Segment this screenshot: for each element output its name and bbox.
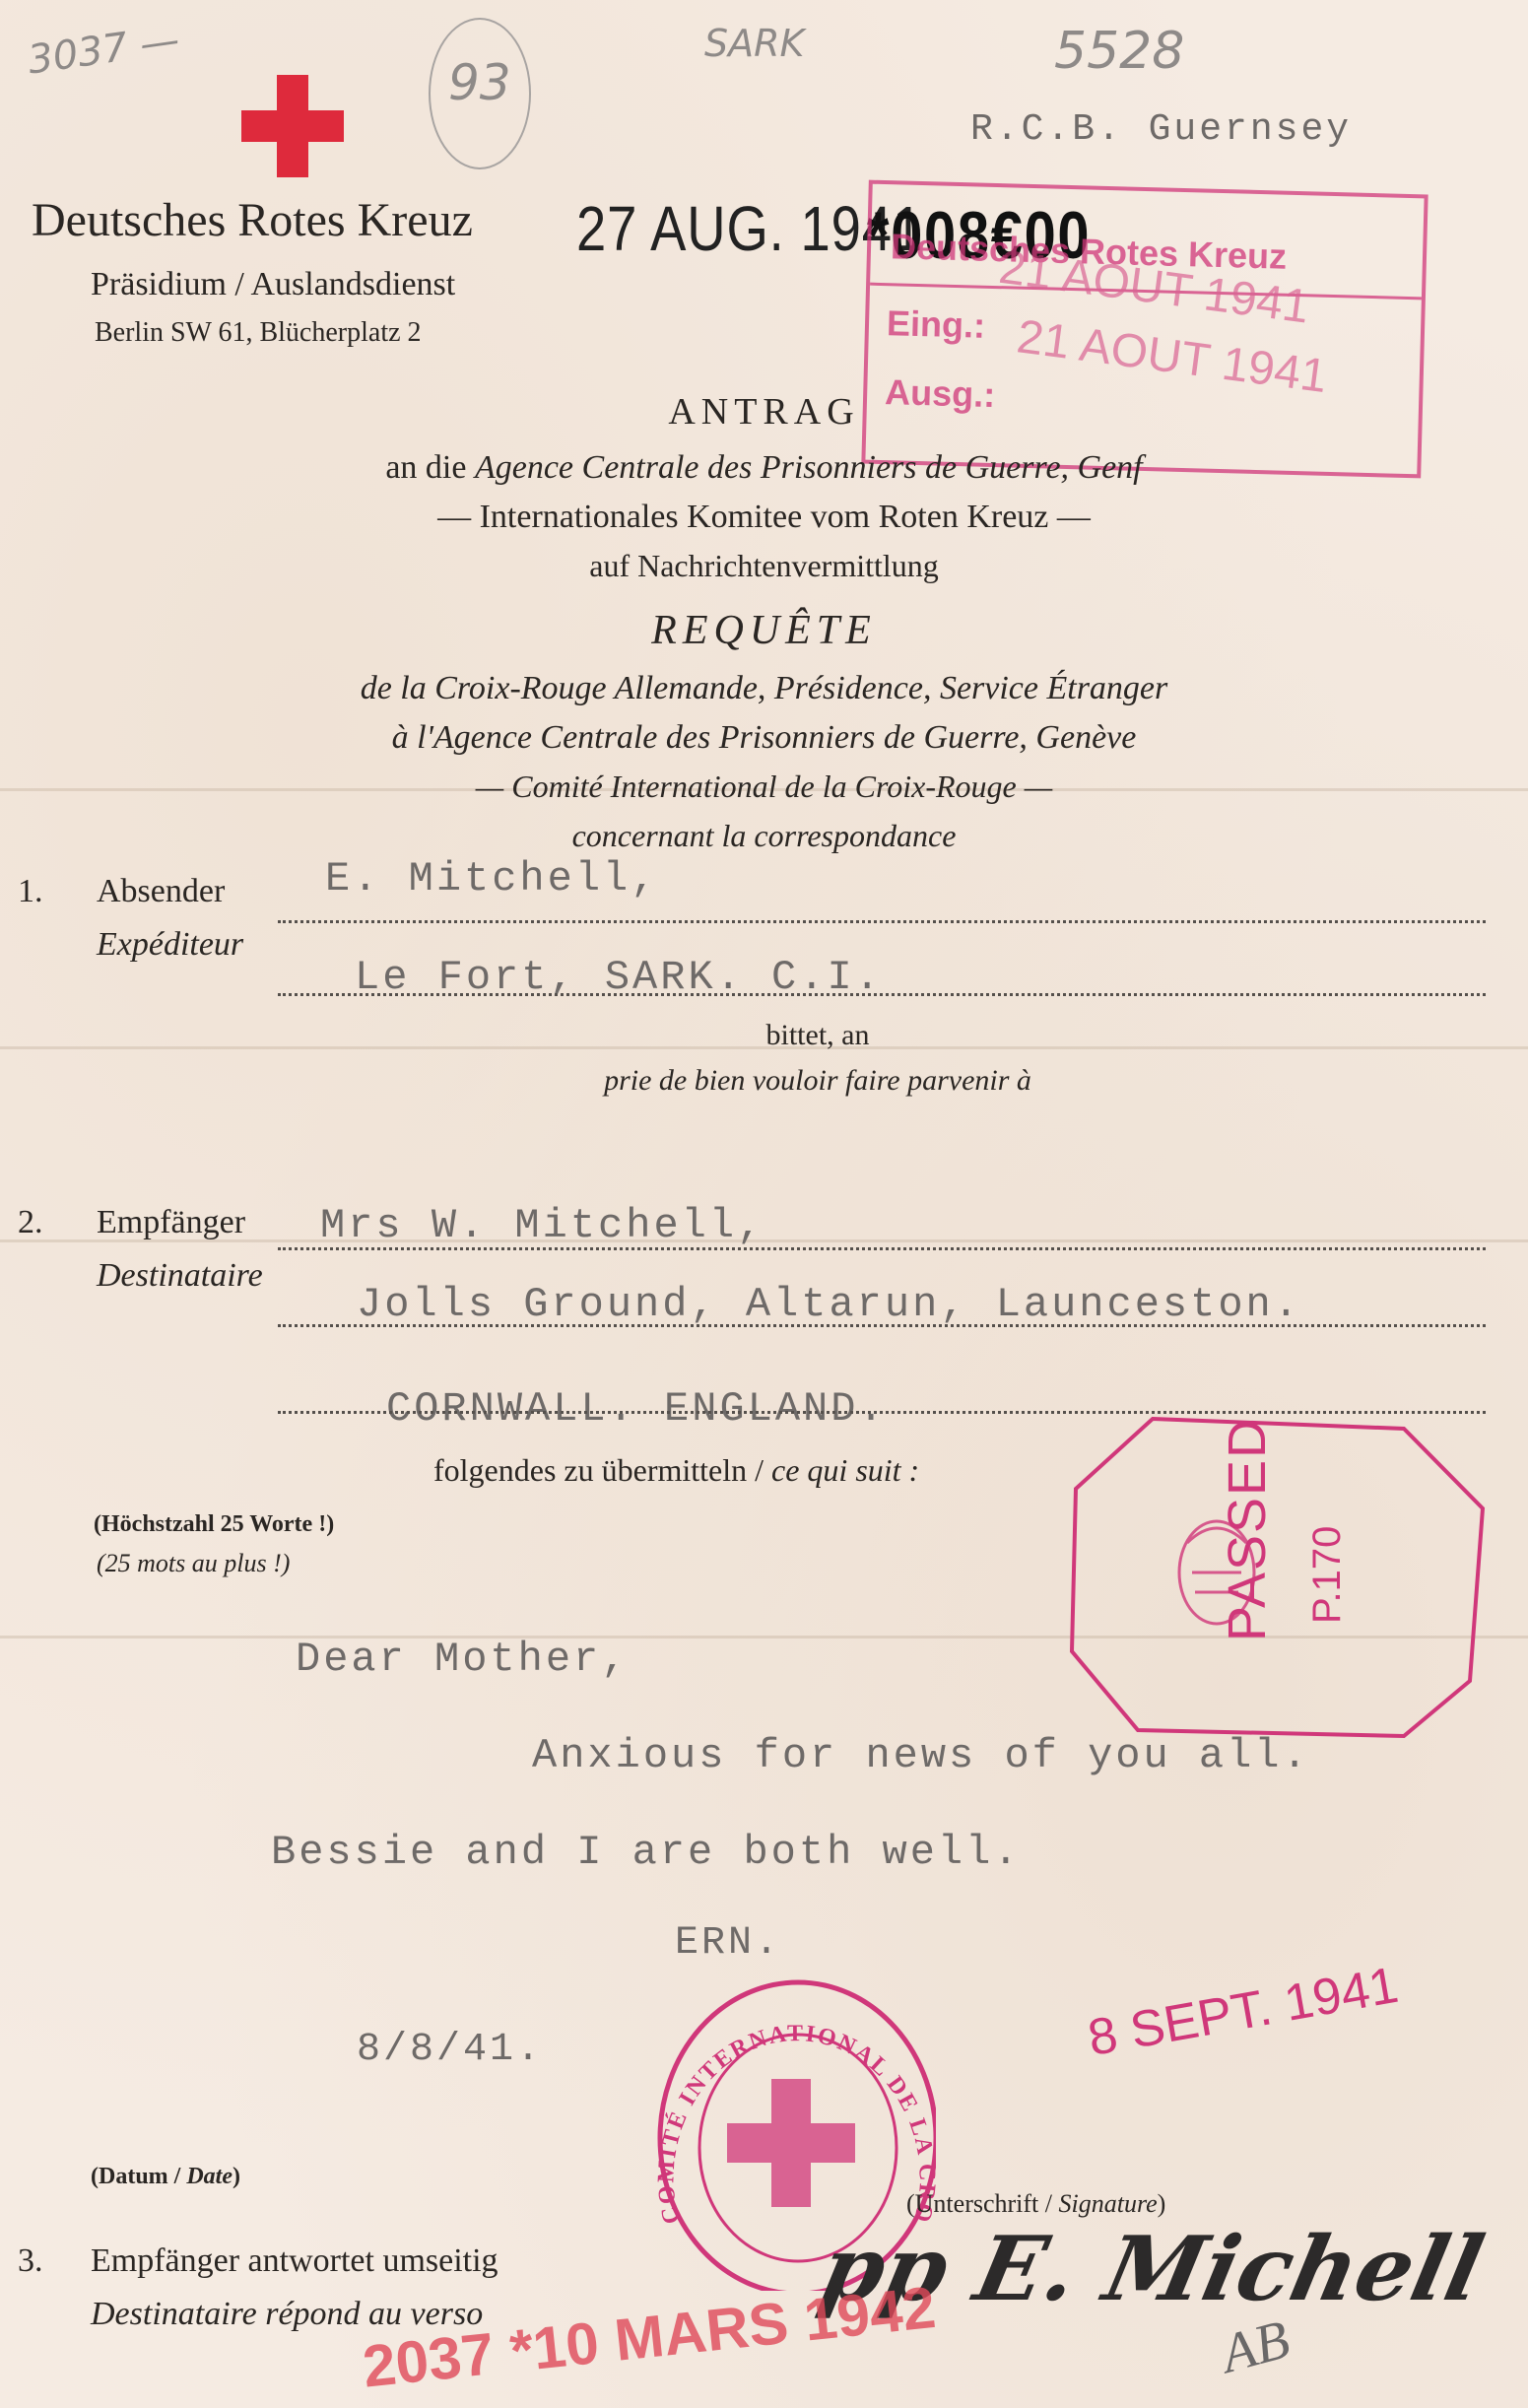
- pencil-note-3037: 3037 —: [26, 17, 182, 83]
- prie-de-bien: prie de bien vouloir faire parvenir à: [394, 1064, 1241, 1098]
- censor-passed: PASSED: [1217, 1418, 1278, 1641]
- recipient-label-fr: Destinataire: [97, 1257, 263, 1295]
- sender-label-fr: Expéditeur: [97, 926, 243, 964]
- recipient-address-2: CORNWALL. ENGLAND.: [386, 1385, 887, 1433]
- antrag-line-1: an die Agence Centrale des Prisonniers d…: [0, 449, 1528, 487]
- requete-line-1: de la Croix-Rouge Allemande, Présidence,…: [0, 670, 1528, 707]
- message-salutation: Dear Mother,: [296, 1636, 629, 1683]
- address: Berlin SW 61, Blücherplatz 2: [95, 317, 422, 349]
- signature-label: (Unterschrift / Signature): [906, 2189, 1165, 2219]
- typed-rcb-guernsey: R.C.B. Guernsey: [970, 108, 1352, 151]
- department: Präsidium / Auslandsdienst: [91, 266, 455, 303]
- sender-address-line: [278, 993, 1486, 996]
- reply-label-de: Empfänger antwortet umseitig: [91, 2242, 498, 2280]
- folgendes-label: folgendes zu übermitteln / ce qui suit :: [433, 1452, 919, 1489]
- sender-name: E. Mitchell,: [325, 855, 658, 903]
- eing-label: Eing.:: [887, 302, 986, 347]
- message-line-1: Anxious for news of you all.: [532, 1732, 1310, 1779]
- requete-line-3: — Comité International de la Croix-Rouge…: [0, 769, 1528, 805]
- antrag-title: ANTRAG: [0, 390, 1528, 434]
- word-limit-de: (Höchstzahl 25 Worte !): [94, 1511, 334, 1538]
- message-line-2: Bessie and I are both well.: [271, 1829, 1022, 1876]
- antrag-line-2: — Internationales Komitee vom Roten Kreu…: [0, 499, 1528, 536]
- red-cross-icon: [241, 75, 344, 177]
- sender-label-de: Absender: [97, 873, 225, 910]
- pencil-note-5528: 5528: [1054, 22, 1184, 81]
- recipient-address-1: Jolls Ground, Altarun, Launceston.: [357, 1281, 1301, 1328]
- censor-code: P.170: [1305, 1526, 1350, 1624]
- section-3-number: 3.: [18, 2242, 43, 2280]
- requete-line-4: concernant la correspondance: [0, 818, 1528, 854]
- icrc-date-stamp: 8 SEPT. 1941: [1084, 1956, 1403, 2068]
- pencil-note-sark: SARK: [704, 22, 804, 65]
- requete-title: REQUÊTE: [0, 607, 1528, 654]
- pencil-note-93: 93: [448, 54, 511, 111]
- recipient-name-line: [278, 1247, 1486, 1250]
- bittet-an: bittet, an: [650, 1019, 985, 1052]
- recipient-label-de: Empfänger: [97, 1204, 245, 1241]
- section-1-number: 1.: [18, 873, 43, 910]
- recipient-address-2-line: [278, 1411, 1486, 1414]
- word-limit-fr: (25 mots au plus !): [97, 1549, 290, 1578]
- message-closing: ERN.: [675, 1921, 781, 1966]
- bottom-stamp: 2037 *10 MARS 1942: [360, 2273, 939, 2401]
- censor-stamp: PASSED P.170: [1064, 1415, 1488, 1740]
- section-2-number: 2.: [18, 1204, 43, 1241]
- message-date: 8/8/41.: [357, 2028, 543, 2072]
- org-name: Deutsches Rotes Kreuz: [32, 193, 473, 247]
- date-label: (Datum / Date): [91, 2164, 240, 2190]
- sender-name-line: [278, 920, 1486, 923]
- requete-line-2: à l'Agence Centrale des Prisonniers de G…: [0, 719, 1528, 757]
- recipient-address-1-line: [278, 1324, 1486, 1327]
- recipient-name: Mrs W. Mitchell,: [320, 1202, 764, 1249]
- antrag-line-3: auf Nachrichtenvermittlung: [0, 548, 1528, 584]
